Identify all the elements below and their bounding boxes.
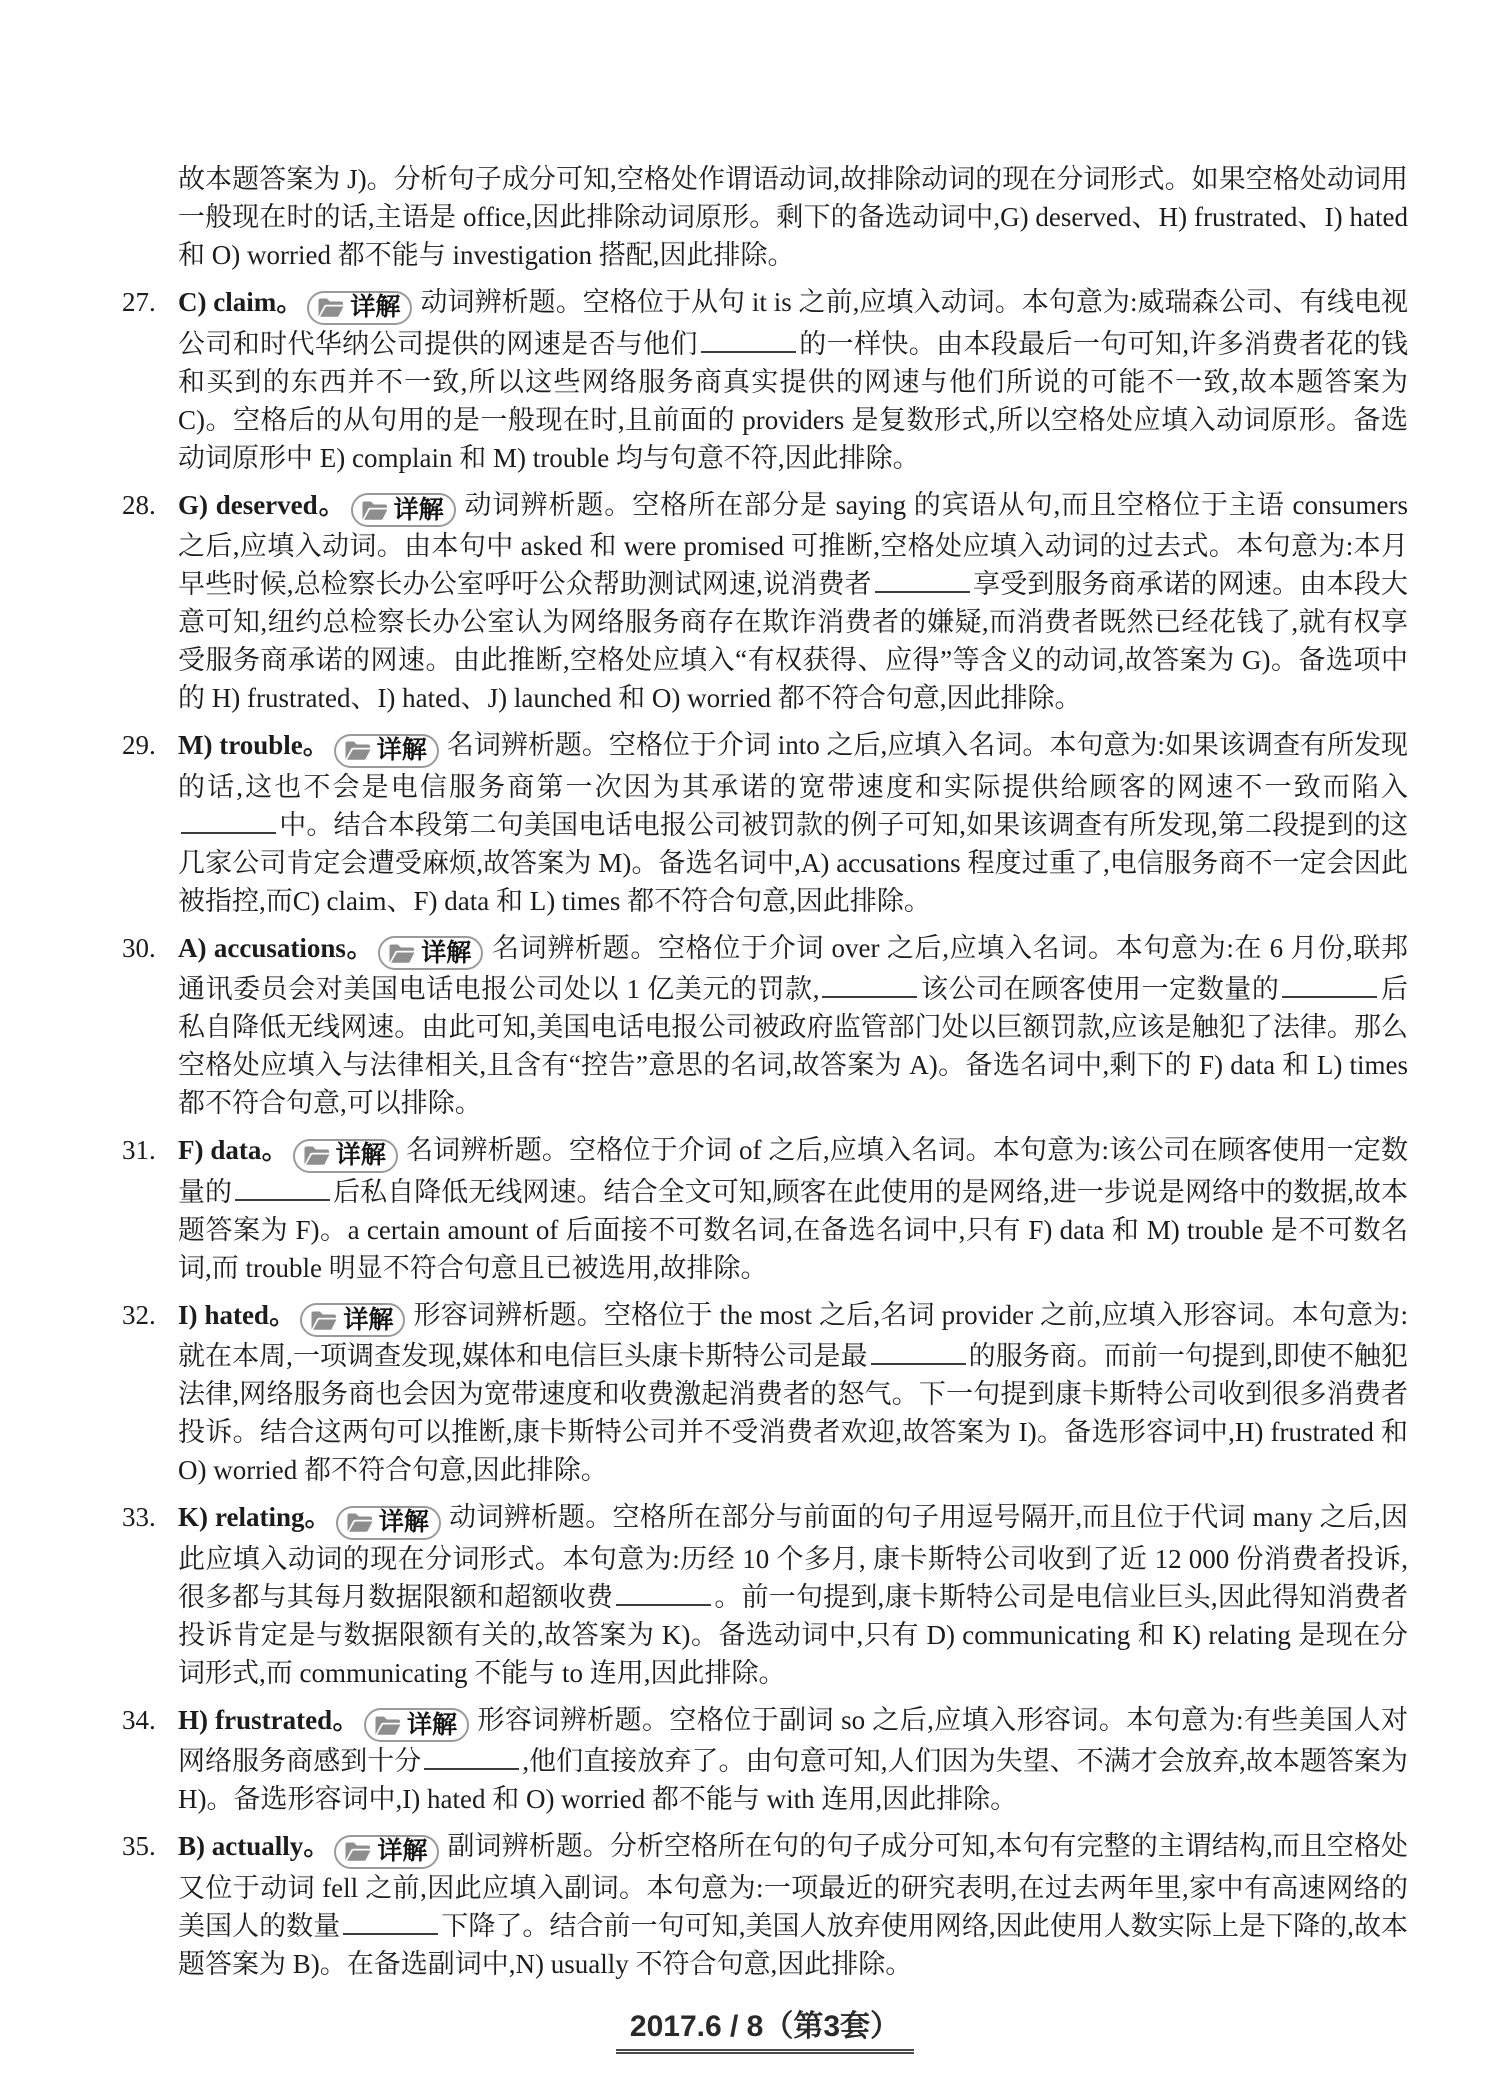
item-answer: A) accusations。 (178, 933, 374, 963)
fill-in-blank (871, 1340, 966, 1365)
folder-icon (316, 296, 345, 319)
explanation-badge-label: 详解 (350, 295, 400, 320)
fill-in-blank (1282, 973, 1377, 998)
folder-icon (373, 1714, 402, 1737)
item-answer: I) hated。 (178, 1300, 296, 1330)
answer-item: 33.K) relating。详解动词辨析题。空格所在部分与前面的句子用逗号隔开… (122, 1498, 1408, 1692)
content-area: 故本题答案为 J)。分析句子成分可知,空格处作谓语动词,故排除动词的现在分词形式… (122, 160, 1408, 2054)
answer-item: 32.I) hated。详解形容词辨析题。空格位于 the most 之后,名词… (122, 1296, 1408, 1490)
folder-icon (343, 739, 372, 762)
page-footer: 2017.6 / 8（第3套） (122, 2001, 1408, 2054)
answer-item: 27.C) claim。详解动词辨析题。空格位于从句 it is 之前,应填入动… (122, 283, 1408, 477)
folder-icon (309, 1309, 338, 1332)
item-answer: G) deserved。 (178, 490, 347, 520)
explanation-badge: 详解 (334, 1835, 439, 1869)
item-body: A) accusations。详解名词辨析题。空格位于介词 over 之后,应填… (178, 929, 1408, 1123)
explanation-badge-label: 详解 (336, 1143, 386, 1168)
footer-page-indicator: 2017.6 / 8（第3套） (616, 2001, 914, 2054)
item-body: M) trouble。详解名词辨析题。空格位于介词 into 之后,应填入名词。… (178, 726, 1408, 920)
item-explanation: 形容词辨析题。空格位于副词 so 之后,应填入形容词。本句意为:有些美国人对网络… (178, 1705, 1408, 1815)
item-body: C) claim。详解动词辨析题。空格位于从句 it is 之前,应填入动词。本… (178, 283, 1408, 477)
fill-in-blank (235, 1176, 330, 1201)
fill-in-blank (424, 1745, 519, 1770)
explanation-badge: 详解 (364, 1708, 469, 1742)
item-number: 35. (122, 1827, 178, 1983)
explanation-badge: 详解 (351, 493, 456, 527)
explanation-badge: 详解 (307, 291, 412, 325)
explanation-badge: 详解 (300, 1303, 405, 1337)
fill-in-blank (181, 809, 276, 834)
fill-in-blank (875, 568, 970, 593)
fill-in-blank (616, 1581, 711, 1606)
answer-item: 31.F) data。详解名词辨析题。空格位于介词 of 之后,应填入名词。本句… (122, 1131, 1408, 1287)
explanation-badge: 详解 (293, 1139, 398, 1173)
explanation-badge-label: 详解 (343, 1308, 393, 1333)
exam-answer-page: 故本题答案为 J)。分析句子成分可知,空格处作谓语动词,故排除动词的现在分词形式… (0, 0, 1504, 2094)
item-number: 33. (122, 1498, 178, 1692)
intro-paragraph: 故本题答案为 J)。分析句子成分可知,空格处作谓语动词,故排除动词的现在分词形式… (178, 160, 1408, 274)
folder-icon (387, 942, 416, 965)
item-number: 34. (122, 1701, 178, 1819)
item-answer: F) data。 (178, 1135, 289, 1165)
answer-items-list: 27.C) claim。详解动词辨析题。空格位于从句 it is 之前,应填入动… (122, 283, 1408, 1983)
explanation-badge-label: 详解 (379, 1510, 429, 1535)
item-number: 32. (122, 1296, 178, 1490)
item-answer: H) frustrated。 (178, 1705, 360, 1735)
folder-icon (302, 1144, 331, 1167)
explanation-badge: 详解 (334, 734, 439, 768)
answer-item: 35.B) actually。详解副词辨析题。分析空格所在句的句子成分可知,本句… (122, 1827, 1408, 1983)
item-number: 27. (122, 283, 178, 477)
answer-item: 34.H) frustrated。详解形容词辨析题。空格位于副词 so 之后,应… (122, 1701, 1408, 1819)
item-body: I) hated。详解形容词辨析题。空格位于 the most 之后,名词 pr… (178, 1296, 1408, 1490)
item-body: G) deserved。详解动词辨析题。空格所在部分是 saying 的宾语从句… (178, 486, 1408, 718)
folder-icon (360, 499, 389, 522)
folder-icon (345, 1511, 374, 1534)
explanation-badge: 详解 (336, 1506, 441, 1540)
item-answer: M) trouble。 (178, 730, 330, 760)
explanation-badge-label: 详解 (407, 1713, 457, 1738)
item-body: H) frustrated。详解形容词辨析题。空格位于副词 so 之后,应填入形… (178, 1701, 1408, 1819)
explanation-badge: 详解 (378, 936, 483, 970)
explanation-badge-label: 详解 (394, 498, 444, 523)
fill-in-blank (343, 1910, 438, 1935)
answer-item: 29.M) trouble。详解名词辨析题。空格位于介词 into 之后,应填入… (122, 726, 1408, 920)
item-body: B) actually。详解副词辨析题。分析空格所在句的句子成分可知,本句有完整… (178, 1827, 1408, 1983)
answer-item: 28.G) deserved。详解动词辨析题。空格所在部分是 saying 的宾… (122, 486, 1408, 718)
fill-in-blank (701, 328, 796, 353)
folder-icon (343, 1840, 372, 1863)
item-answer: B) actually。 (178, 1831, 330, 1861)
item-number: 28. (122, 486, 178, 718)
item-number: 30. (122, 929, 178, 1123)
fill-in-blank (822, 973, 917, 998)
item-number: 29. (122, 726, 178, 920)
explanation-badge-label: 详解 (377, 738, 427, 763)
item-answer: K) relating。 (178, 1502, 332, 1532)
item-number: 31. (122, 1131, 178, 1287)
explanation-badge-label: 详解 (421, 941, 471, 966)
item-answer: C) claim。 (178, 287, 303, 317)
item-body: F) data。详解名词辨析题。空格位于介词 of 之后,应填入名词。本句意为:… (178, 1131, 1408, 1287)
explanation-badge-label: 详解 (377, 1839, 427, 1864)
answer-item: 30.A) accusations。详解名词辨析题。空格位于介词 over 之后… (122, 929, 1408, 1123)
item-body: K) relating。详解动词辨析题。空格所在部分与前面的句子用逗号隔开,而且… (178, 1498, 1408, 1692)
